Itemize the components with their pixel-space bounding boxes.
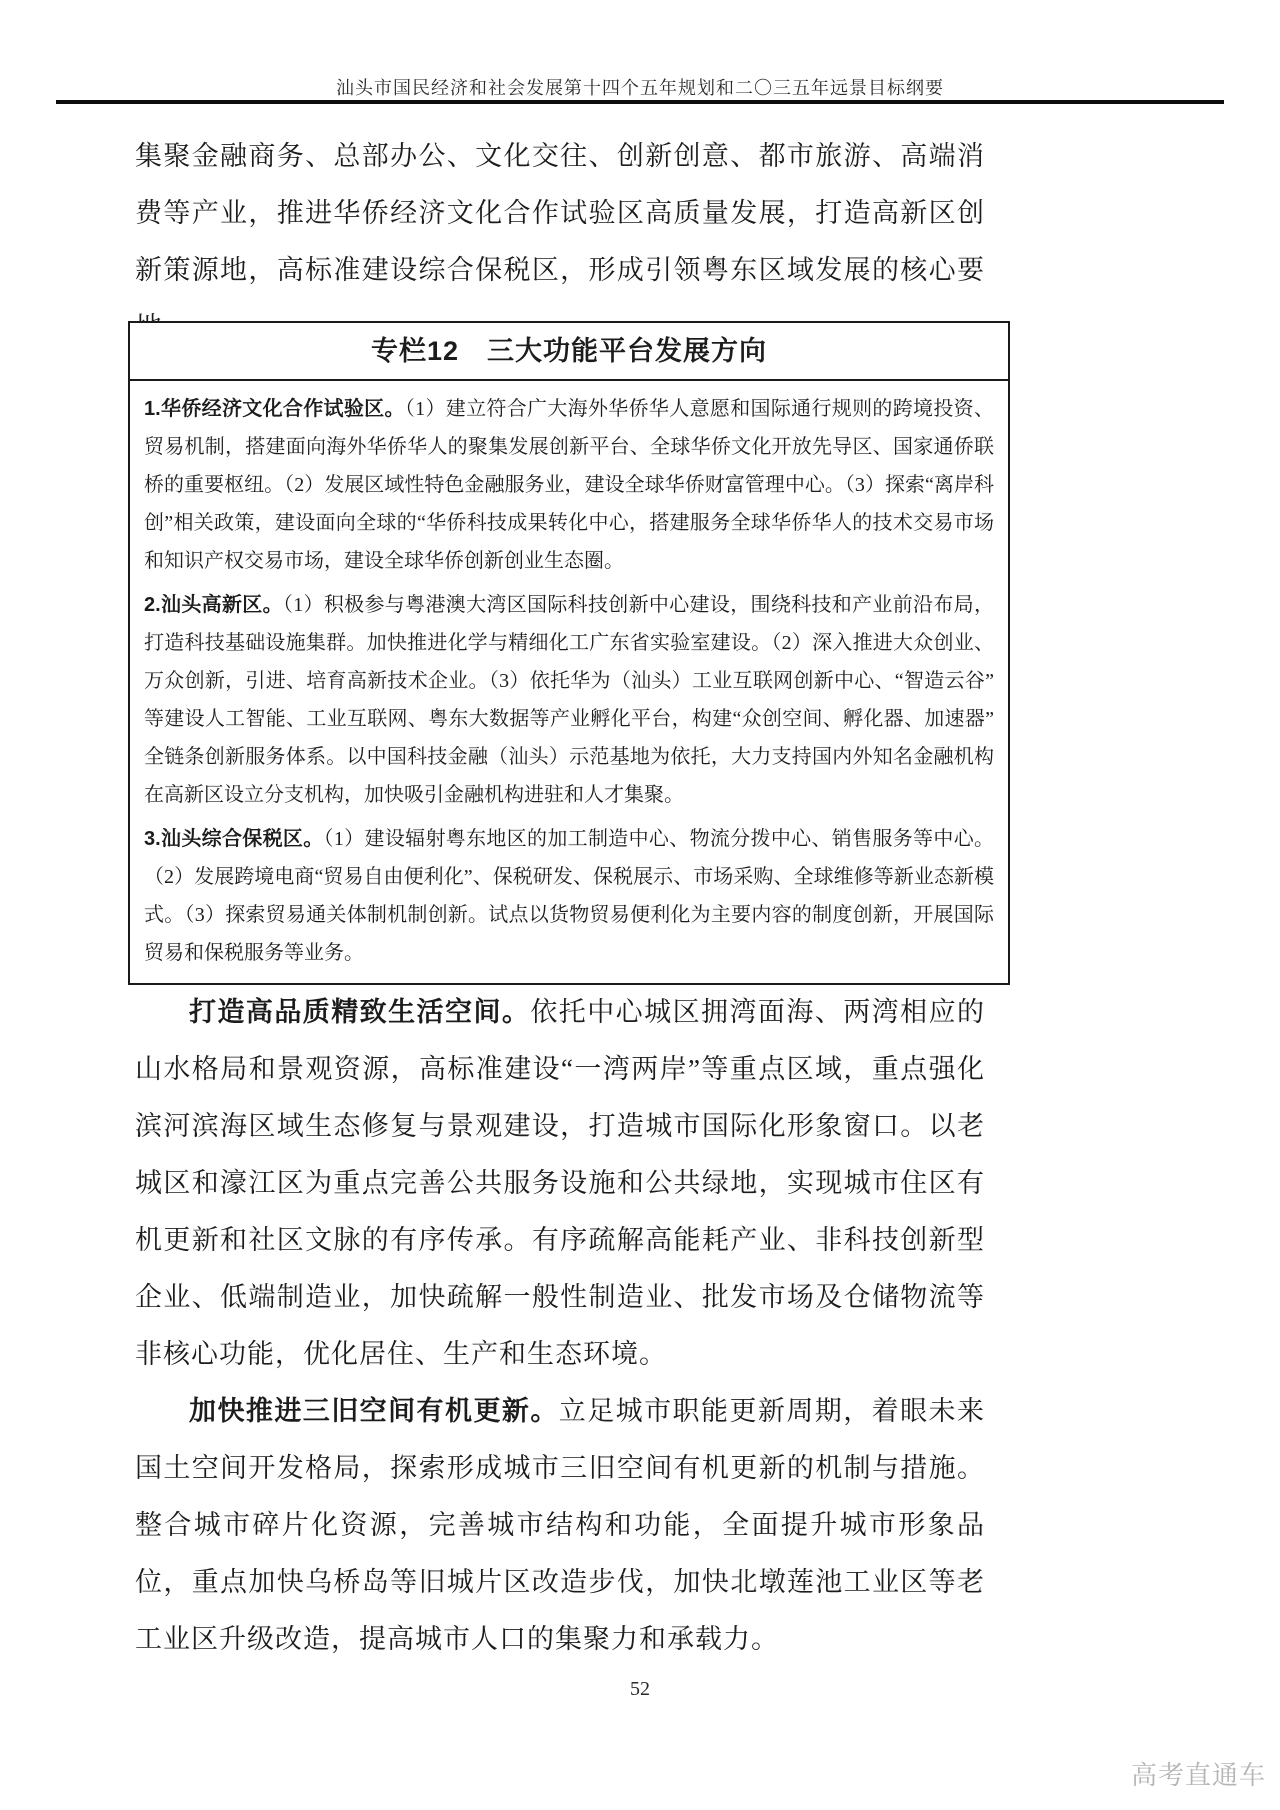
- feature-panel-title: 专栏12 三大功能平台发展方向: [130, 323, 1008, 381]
- panel-section-lead: 3.汕头综合保税区。: [144, 828, 324, 850]
- feature-panel: 专栏12 三大功能平台发展方向 1.华侨经济文化合作试验区。（1）建立符合广大海…: [128, 321, 1010, 985]
- watermark-text: 高考直通车: [1131, 1755, 1266, 1792]
- paragraph-urban-renewal: 加快推进三旧空间有机更新。立足城市职能更新周期，着眼未来国土空间开发格局，探索形…: [135, 1383, 985, 1668]
- main-paragraphs-block: 打造高品质精致生活空间。依托中心城区拥湾面海、两湾相应的山水格局和景观资源，高标…: [135, 984, 985, 1668]
- panel-section-text: （1）建立符合广大海外华侨华人意愿和国际通行规则的跨境投资、贸易机制，搭建面向海…: [144, 398, 994, 572]
- document-page: 汕头市国民经济和社会发展第十四个五年规划和二〇三五年远景目标纲要 集聚金融商务、…: [0, 0, 1280, 1810]
- paragraph-text: 依托中心城区拥湾面海、两湾相应的山水格局和景观资源，高标准建设“一湾两岸”等重点…: [135, 997, 985, 1369]
- feature-panel-body: 1.华侨经济文化合作试验区。（1）建立符合广大海外华侨华人意愿和国际通行规则的跨…: [130, 381, 1008, 983]
- page-header-title: 汕头市国民经济和社会发展第十四个五年规划和二〇三五年远景目标纲要: [0, 74, 1280, 100]
- panel-section-hightech-zone: 2.汕头高新区。（1）积极参与粤港澳大湾区国际科技创新中心建设，围绕科技和产业前…: [144, 586, 994, 814]
- panel-section-lead: 1.华侨经济文化合作试验区。: [144, 398, 405, 420]
- panel-section-text: （1）积极参与粤港澳大湾区国际科技创新中心建设，围绕科技和产业前沿布局，打造科技…: [144, 594, 994, 806]
- panel-section-bonded-zone: 3.汕头综合保税区。（1）建设辐射粤东地区的加工制造中心、物流分拨中心、销售服务…: [144, 820, 994, 972]
- paragraph-lead: 打造高品质精致生活空间。: [189, 997, 530, 1027]
- page-number: 52: [0, 1678, 1280, 1701]
- panel-section-overseas-chinese-zone: 1.华侨经济文化合作试验区。（1）建立符合广大海外华侨华人意愿和国际通行规则的跨…: [144, 390, 994, 580]
- paragraph-quality-living-space: 打造高品质精致生活空间。依托中心城区拥湾面海、两湾相应的山水格局和景观资源，高标…: [135, 984, 985, 1383]
- paragraph-lead: 加快推进三旧空间有机更新。: [189, 1396, 559, 1426]
- header-rule: [56, 100, 1224, 104]
- panel-section-lead: 2.汕头高新区。: [144, 594, 283, 616]
- paragraph-text: 立足城市职能更新周期，着眼未来国土空间开发格局，探索形成城市三旧空间有机更新的机…: [135, 1396, 985, 1654]
